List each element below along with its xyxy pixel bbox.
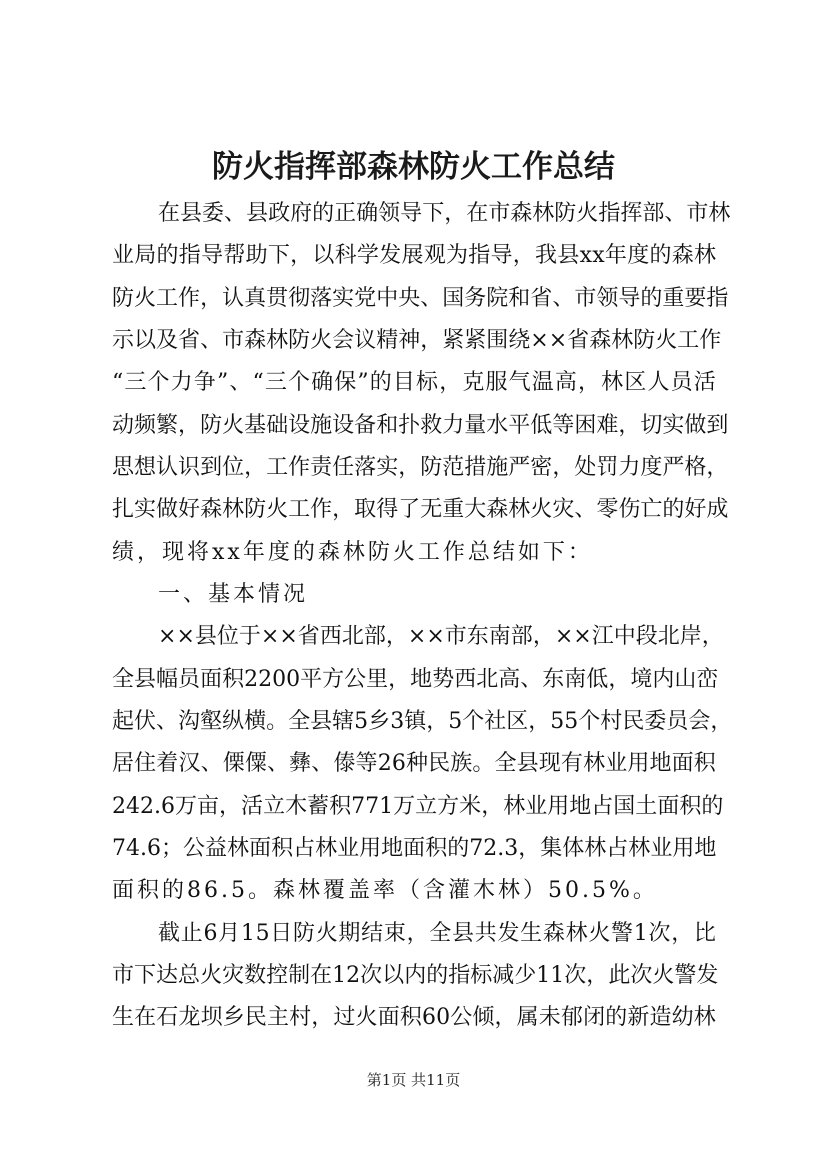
paragraph-line: 示以及省、市森林防火会议精神，紧紧围绕××省森林防火工作 <box>112 326 716 356</box>
paragraph-line: 居住着汉、傈僳、彝、傣等26种民族。全县现有林业用地面积 <box>112 749 716 779</box>
paragraph-line: 面积的86.5。森林覆盖率（含灌木林）50.5%。 <box>112 876 716 906</box>
section-heading: 一、基本情况 <box>158 580 716 610</box>
paragraph-line: 防火工作，认真贯彻落实党中央、国务院和省、市领导的重要指 <box>112 284 716 314</box>
paragraph-line: 242.6万亩，活立木蓄积771万立方米，林业用地占国土面积的 <box>112 792 716 822</box>
paragraph-line: 绩，现将xx年度的森林防火工作总结如下： <box>112 538 716 568</box>
paragraph-line: 截止6月15日防火期结束，全县共发生森林火警1次，比 <box>158 919 716 949</box>
document-title: 防火指挥部森林防火工作总结 <box>0 145 827 189</box>
paragraph-line: 在县委、县政府的正确领导下，在市森林防火指挥部、市林 <box>158 199 716 229</box>
paragraph-line: 业局的指导帮助下，以科学发展观为指导，我县xx年度的森林 <box>112 241 716 271</box>
paragraph-line: 市下达总火灾数控制在12次以内的指标减少11次，此次火警发 <box>112 961 716 991</box>
page-number-footer: 第1页 共11页 <box>0 1069 827 1091</box>
paragraph-line: 生在石龙坝乡民主村，过火面积60公倾，属未郁闭的新造幼林 <box>112 1003 716 1033</box>
document-page: 防火指挥部森林防火工作总结 在县委、县政府的正确领导下，在市森林防火指挥部、市林… <box>0 0 827 1170</box>
paragraph-line: “三个力争”、“三个确保”的目标，克服气温高，林区人员活 <box>112 368 716 398</box>
paragraph-line: 74.6；公益林面积占林业用地面积的72.3，集体林占林业用地 <box>112 834 716 864</box>
paragraph-line: 思想认识到位，工作责任落实，防范措施严密，处罚力度严格， <box>112 453 716 483</box>
paragraph-line: 动频繁，防火基础设施设备和扑救力量水平低等困难，切实做到 <box>112 411 716 441</box>
paragraph-line: 全县幅员面积2200平方公里，地势西北高、东南低，境内山峦 <box>112 665 716 695</box>
paragraph-line: 扎实做好森林防火工作，取得了无重大森林火灾、零伤亡的好成 <box>112 495 716 525</box>
paragraph-line: ××县位于××省西北部，××市东南部，××江中段北岸， <box>158 622 716 652</box>
paragraph-line: 起伏、沟壑纵横。全县辖5乡3镇，5个社区，55个村民委员会， <box>112 707 716 737</box>
